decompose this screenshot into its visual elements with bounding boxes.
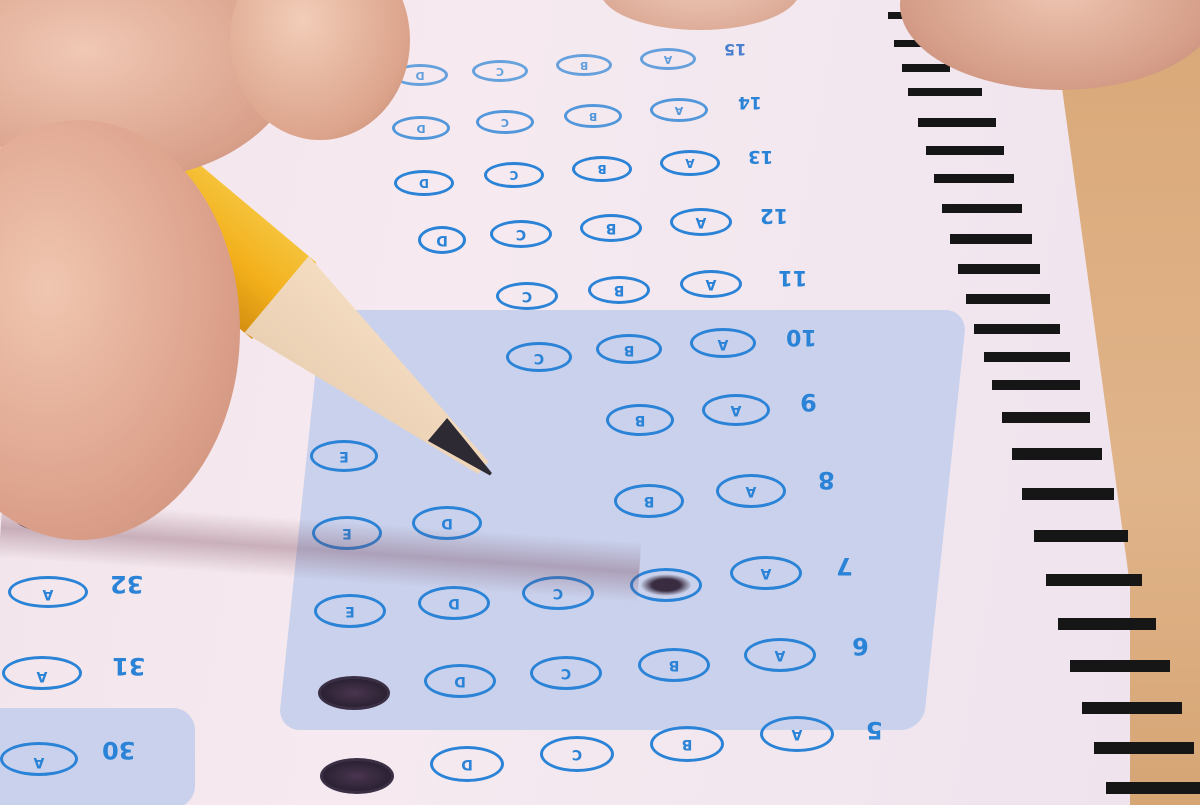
answer-bubble[interactable]: C [472,60,528,82]
answer-bubble[interactable]: B [556,54,612,76]
answer-bubble[interactable]: D [392,116,450,140]
answer-bubble[interactable]: B [596,334,662,364]
answer-bubble[interactable]: C [530,656,602,690]
question-number: 30 [102,736,135,764]
answer-bubble[interactable]: B [580,214,642,242]
answer-bubble[interactable]: A [716,474,786,508]
question-number: 13 [748,146,773,167]
answer-bubble[interactable]: A [640,48,696,70]
answer-bubble[interactable]: E [314,594,386,628]
answer-bubble-filled[interactable]: E [320,758,394,794]
answer-bubble[interactable]: A [730,556,802,590]
answer-bubble[interactable]: A [702,394,770,426]
answer-bubble[interactable]: C [540,736,614,772]
question-number: 32 [110,570,143,598]
answer-bubble[interactable]: C [506,342,572,372]
answer-bubble[interactable]: A [2,656,82,690]
answer-bubble-filled[interactable]: E [318,676,390,710]
question-number: 9 [800,388,817,416]
answer-bubble[interactable]: A [760,716,834,752]
answer-bubble[interactable]: A [690,328,756,358]
question-number: 12 [760,204,788,228]
answer-bubble[interactable]: C [484,162,544,188]
answer-bubble[interactable]: A [8,576,88,608]
answer-bubble[interactable]: B [614,484,684,518]
answer-bubble[interactable]: B [564,104,622,128]
answer-bubble[interactable]: C [490,220,552,248]
answer-bubble[interactable]: A [0,742,78,776]
answer-bubble[interactable]: C [496,282,558,310]
answer-bubble[interactable]: A [680,270,742,298]
question-number: 8 [818,466,835,494]
answer-bubble[interactable]: B [650,726,724,762]
answer-bubble[interactable]: D [430,746,504,782]
question-number: 10 [786,324,817,349]
answer-bubble-filled[interactable]: B [630,568,702,602]
answer-bubble[interactable]: B [572,156,632,182]
answer-bubble[interactable]: B [588,276,650,304]
question-number: 15 [724,40,746,59]
answer-bubble[interactable]: A [660,150,720,176]
question-number: 31 [112,652,145,680]
answer-bubble[interactable]: C [476,110,534,134]
question-number: 11 [778,266,807,290]
answer-bubble[interactable]: A [670,208,732,236]
answer-bubble[interactable]: D [424,664,496,698]
answer-bubble[interactable]: D [418,226,466,254]
answer-bubble[interactable]: D [394,170,454,196]
photo-scene: 15 14 13 12 11 10 9 8 7 6 5 34 33 32 31 … [0,0,1200,805]
answer-bubble[interactable]: A [650,98,708,122]
answer-bubble[interactable]: A [744,638,816,672]
answer-bubble[interactable]: B [638,648,710,682]
question-number: 7 [836,552,853,580]
question-number: 14 [738,92,762,112]
question-number: 5 [866,716,883,744]
answer-bubble[interactable]: B [606,404,674,436]
pencil-lead [428,418,501,486]
question-number: 6 [852,632,869,660]
